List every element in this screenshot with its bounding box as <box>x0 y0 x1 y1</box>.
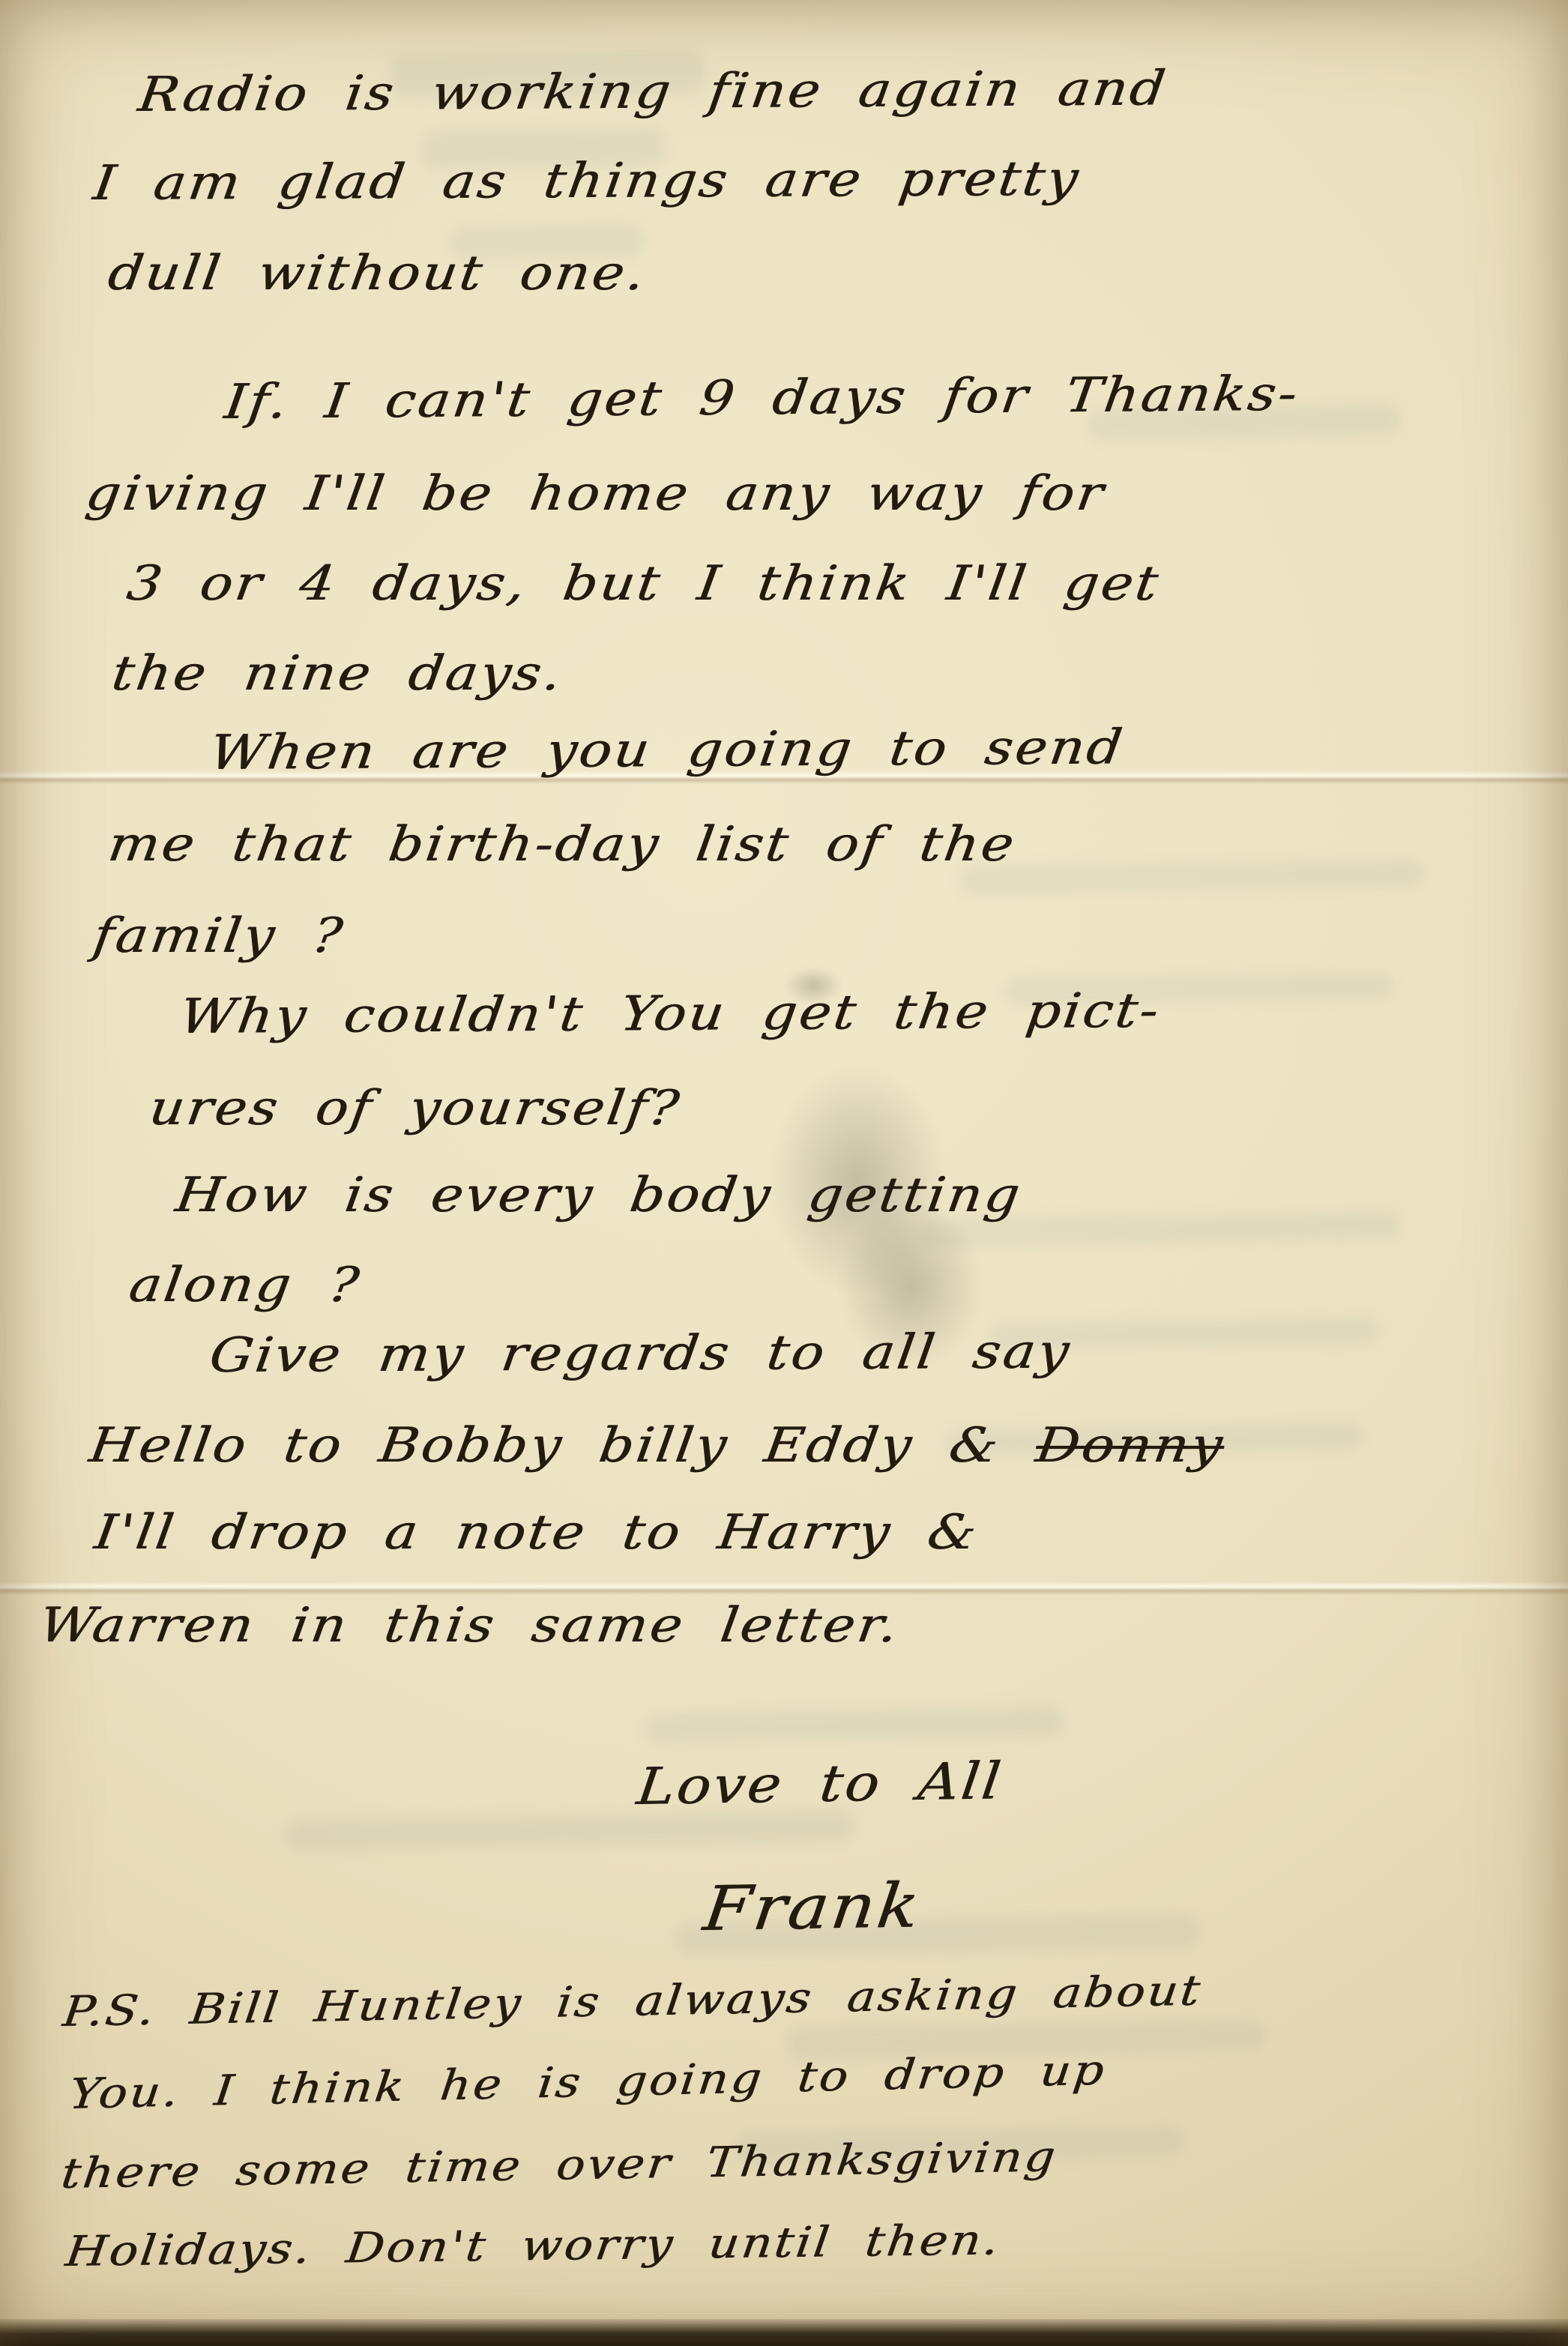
letter-line-text: I am glad as things are pretty <box>90 151 1084 211</box>
letter-line: If. I can't get 9 days for Thanks- <box>221 367 1303 430</box>
letter-line-text: me that birth-day list of the <box>105 817 1020 872</box>
letter-line: the nine days. <box>109 646 567 702</box>
letter-line: dull without one. <box>105 246 651 301</box>
letter-page: Radio is working fine again and I am gla… <box>0 0 1568 2346</box>
letter-line-text: the nine days. <box>109 646 567 702</box>
struck-out-name: Donny <box>1032 1418 1228 1474</box>
signature: Frank <box>699 1870 925 1945</box>
scan-edge-shadow <box>0 2319 1568 2346</box>
letter-line-hello: Hello to Bobby billy Eddy & Donny <box>86 1418 1228 1474</box>
postscript-text: You. I think he is going to drop up <box>67 2046 1109 2119</box>
letter-line-text: How is every body getting <box>172 1168 1025 1223</box>
valediction: Love to All <box>633 1752 1006 1817</box>
letter-line-text: Radio is working fine again and <box>135 61 1171 123</box>
letter-line-text: Hello to Bobby billy Eddy & <box>86 1418 1040 1474</box>
valediction-text: Love to All <box>633 1752 1006 1817</box>
fold-crease <box>0 1581 1568 1595</box>
postscript-text: there some time over Thanksgiving <box>58 2132 1060 2198</box>
postscript-text: Holidays. Don't worry until then. <box>63 2216 1004 2276</box>
bleed-through-ghost-text <box>959 858 1425 896</box>
letter-line: me that birth-day list of the <box>105 817 1020 872</box>
letter-line: I am glad as things are pretty <box>90 151 1084 211</box>
letter-line-text: Why couldn't You get the pict- <box>176 983 1164 1045</box>
letter-line-text: I'll drop a note to Harry & <box>91 1505 983 1561</box>
letter-line: Warren in this same letter. <box>36 1598 903 1653</box>
bleed-through-ghost-text <box>285 1809 855 1851</box>
letter-line: Give my regards to all say <box>206 1324 1074 1384</box>
letter-line-text: ures of yourself? <box>146 1081 684 1136</box>
letter-line: When are you going to send <box>206 720 1127 781</box>
letter-line: Radio is working fine again and <box>135 61 1171 123</box>
letter-line: along ? <box>126 1258 364 1313</box>
letter-line-text: dull without one. <box>105 246 651 301</box>
postscript-line: there some time over Thanksgiving <box>58 2132 1060 2198</box>
bleed-through-ghost-text <box>645 1705 1065 1744</box>
letter-line-text: Warren in this same letter. <box>36 1598 903 1653</box>
letter-line: family ? <box>90 908 348 964</box>
letter-line-text: giving I'll be home any way for <box>82 466 1109 522</box>
letter-line: ures of yourself? <box>146 1081 684 1136</box>
letter-line: 3 or 4 days, but I think I'll get <box>124 556 1164 612</box>
signature-text: Frank <box>699 1870 925 1945</box>
letter-line: How is every body getting <box>172 1168 1025 1223</box>
letter-line: Why couldn't You get the pict- <box>176 983 1164 1045</box>
letter-line-text: If. I can't get 9 days for Thanks- <box>221 367 1303 430</box>
letter-line: I'll drop a note to Harry & <box>91 1505 983 1561</box>
letter-line: giving I'll be home any way for <box>82 466 1109 522</box>
letter-line-text: along ? <box>126 1258 364 1313</box>
letter-line-text: When are you going to send <box>206 720 1127 781</box>
postscript-line: You. I think he is going to drop up <box>67 2046 1109 2119</box>
postscript-line: Holidays. Don't worry until then. <box>63 2216 1004 2276</box>
letter-line-text: 3 or 4 days, but I think I'll get <box>124 556 1164 612</box>
letter-line-text: Give my regards to all say <box>206 1324 1074 1384</box>
letter-line-text: family ? <box>90 908 348 964</box>
